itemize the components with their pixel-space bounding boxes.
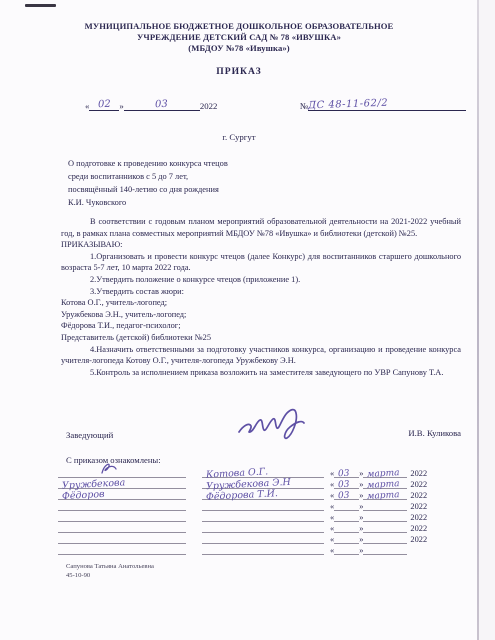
jury-member-1: Котова О.Г., учитель-логопед;	[61, 297, 461, 309]
signature-line	[58, 467, 186, 478]
signature-line	[58, 533, 186, 544]
org-name-line1: МУНИЦИПАЛЬНОЕ БЮДЖЕТНОЕ ДОШКОЛЬНОЕ ОБРАЗ…	[0, 21, 478, 32]
director-signature	[233, 404, 317, 448]
name-line: Уружбекова Э.Н	[202, 478, 324, 489]
number-underline: ДС 48-11-62/2	[308, 99, 466, 111]
month-line	[363, 544, 407, 555]
handwritten-day: 02	[98, 99, 111, 110]
subject-line2: среди воспитанников с 5 до 7 лет,	[68, 170, 228, 183]
handwritten-month: 03	[155, 99, 168, 110]
signature-line	[58, 522, 186, 533]
signature-line	[58, 544, 186, 555]
year-label: 2022	[200, 101, 218, 111]
jury-member-4: Представитель (детской) библиотеки №25	[61, 332, 461, 344]
signer-name: И.В. Куликова	[330, 428, 461, 438]
year-label: 2022	[410, 469, 434, 478]
day-line	[334, 511, 359, 522]
year-label: 2022	[410, 513, 434, 522]
order-item-5: 5.Контроль за исполнением приказа возлож…	[61, 367, 461, 379]
subject-block: О подготовке к проведению конкурса чтецо…	[68, 157, 228, 209]
signature-line: Фёдоров	[58, 489, 186, 500]
name-line	[202, 533, 324, 544]
organization-header: МУНИЦИПАЛЬНОЕ БЮДЖЕТНОЕ ДОШКОЛЬНОЕ ОБРАЗ…	[0, 21, 478, 54]
document-number: №ДС 48-11-62/2	[300, 99, 466, 111]
signer-position: Заведующий	[66, 430, 113, 440]
month-line: марта	[363, 489, 407, 500]
signature-line	[58, 511, 186, 522]
scanned-order-page: МУНИЦИПАЛЬНОЕ БЮДЖЕТНОЕ ДОШКОЛЬНОЕ ОБРАЗ…	[0, 0, 495, 640]
order-word: ПРИКАЗЫВАЮ:	[61, 239, 461, 251]
acknowledgment-table: Котова О.Г.«03»марта2022 УружбековаУружб…	[58, 467, 462, 555]
org-name-line3: (МБДОУ №78 «Ивушка»)	[0, 43, 478, 54]
ack-row: «»2022	[58, 522, 462, 533]
document-type-title: ПРИКАЗ	[0, 66, 478, 77]
executor-footer: Сапунова Татьяна Анатольевна 45-10-90	[66, 562, 154, 580]
day-line: 03	[334, 489, 359, 500]
subject-line1: О подготовке к проведению конкурса чтецо…	[68, 157, 228, 170]
order-item-1: 1.Организовать и провести конкурс чтецов…	[61, 251, 461, 274]
jury-member-3: Фёдорова Т.И., педагог-психолог;	[61, 320, 461, 332]
org-name-line2: УЧРЕЖДЕНИЕ ДЕТСКИЙ САД № 78 «ИВУШКА»	[0, 32, 478, 43]
day-line: 03	[334, 478, 359, 489]
order-item-3: 3.Утвердить состав жюри:	[61, 286, 461, 298]
month-underline: 03	[124, 99, 200, 111]
month-line: марта	[363, 478, 407, 489]
document-date: «02»032022	[85, 99, 217, 111]
day-line	[334, 522, 359, 533]
name-line: Котова О.Г.	[202, 467, 324, 478]
day-line	[334, 533, 359, 544]
order-item-4: 4.Назначить ответственными за подготовку…	[61, 344, 461, 367]
page-edge-shade	[479, 0, 495, 640]
handwritten-number: ДС 48-11-62/2	[308, 98, 388, 112]
ack-row: «»	[58, 544, 462, 555]
signature-line	[58, 500, 186, 511]
year-label: 2022	[410, 535, 434, 544]
city-line: г. Сургут	[0, 132, 478, 142]
requisites-row: «02»032022 №ДС 48-11-62/2	[0, 96, 478, 118]
month-line	[363, 511, 407, 522]
name-line	[202, 500, 324, 511]
scan-artifact-mark	[25, 4, 56, 7]
executor-name: Сапунова Татьяна Анатольевна	[66, 562, 154, 571]
order-item-2: 2.Утвердить положение о конкурсе чтецов …	[61, 274, 461, 286]
day-line: 03	[334, 467, 359, 478]
month-line	[363, 522, 407, 533]
month-line	[363, 533, 407, 544]
executor-phone: 45-10-90	[66, 571, 154, 580]
name-line	[202, 522, 324, 533]
signature-scribble	[98, 461, 120, 478]
year-label: 2022	[410, 480, 434, 489]
year-label: 2022	[410, 491, 434, 500]
ack-row: «»2022	[58, 511, 462, 522]
ack-row: «»2022	[58, 500, 462, 511]
subject-line3: посвящённый 140-летию со дня рождения	[68, 183, 228, 196]
subject-line4: К.И. Чуковского	[68, 196, 228, 209]
order-body: В соответствии с годовым планом мероприя…	[61, 216, 461, 378]
ack-row: Котова О.Г.«03»марта2022	[58, 467, 462, 478]
day-line	[334, 500, 359, 511]
year-label: 2022	[410, 524, 434, 533]
name-line	[202, 511, 324, 522]
ack-row: «»2022	[58, 533, 462, 544]
preamble-paragraph: В соответствии с годовым планом мероприя…	[61, 216, 461, 239]
month-line	[363, 500, 407, 511]
ack-row: ФёдоровФёдорова Т.И.«03»марта2022	[58, 489, 462, 500]
name-line	[202, 544, 324, 555]
year-label: 2022	[410, 502, 434, 511]
signing-row: Заведующий И.В. Куликова	[0, 404, 478, 448]
name-line: Фёдорова Т.И.	[202, 489, 324, 500]
day-underline: 02	[89, 99, 119, 111]
day-line	[334, 544, 359, 555]
jury-member-2: Уружбекова Э.Н., учитель-логопед;	[61, 309, 461, 321]
ack-row: УружбековаУружбекова Э.Н«03»марта2022	[58, 478, 462, 489]
signature-line: Уружбекова	[58, 478, 186, 489]
month-line: марта	[363, 467, 407, 478]
